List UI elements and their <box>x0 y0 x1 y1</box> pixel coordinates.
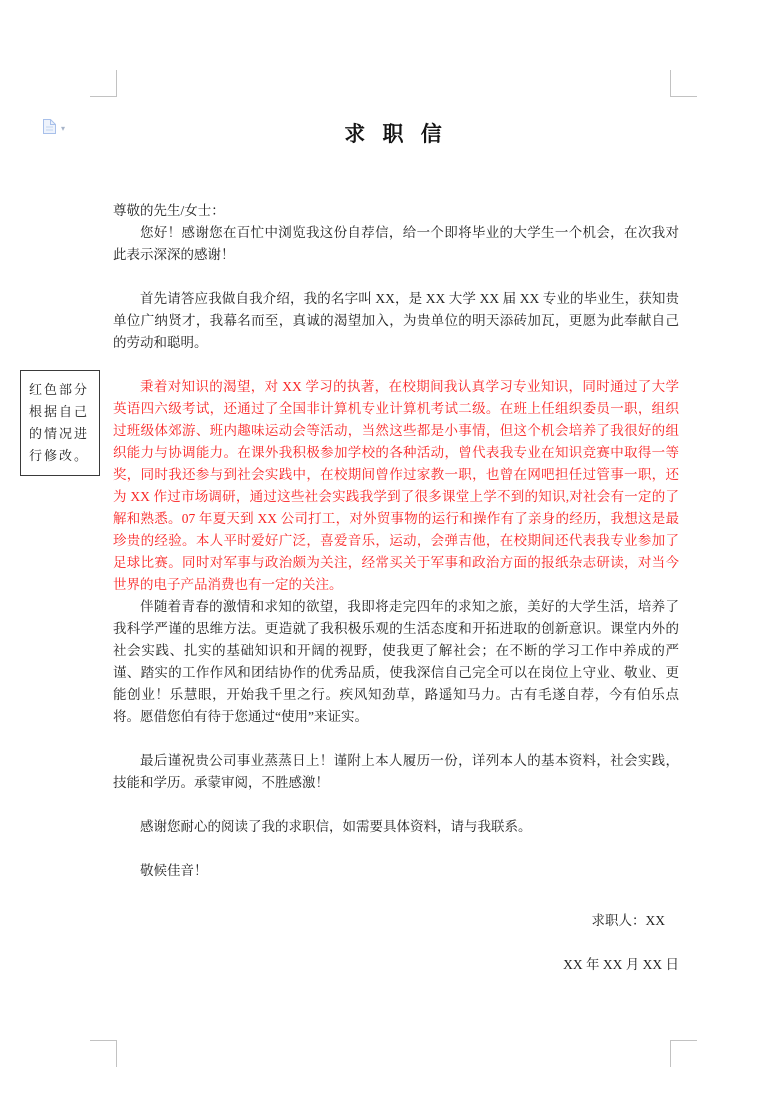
paragraph-red-editable: 秉着对知识的渴望，对 XX 学习的执著，在校期间我认真学习专业知识，同时通过了大… <box>113 376 679 596</box>
letter-body: 求 职 信 尊敬的先生/女士： 您好！感谢您在百忙中浏览我这份自荐信，给一个即将… <box>113 108 679 976</box>
paste-options-button[interactable]: ▾ <box>42 118 65 140</box>
crop-mark-top-left <box>90 70 117 97</box>
paragraph-wishes: 最后谨祝贵公司事业蒸蒸日上！谨附上本人履历一份，详列本人的基本资料，社会实践，技… <box>113 750 679 794</box>
paragraph-intro: 首先请答应我做自我介绍，我的名字叫 XX，是 XX 大学 XX 届 XX 专业的… <box>113 288 679 354</box>
paragraph-campus-life: 伴随着青春的激情和求知的欲望，我即将走完四年的求知之旅，美好的大学生活，培养了我… <box>113 596 679 728</box>
crop-mark-bottom-right <box>670 1040 697 1067</box>
paste-options-icon <box>42 118 57 140</box>
document-page: ▾ 红色部分根据自己的情况进行修改。 求 职 信 尊敬的先生/女士： 您好！感谢… <box>0 0 780 1114</box>
letter-title: 求 职 信 <box>113 118 679 148</box>
paragraph-contact: 感谢您耐心的阅读了我的求职信，如需要具体资料，请与我联系。 <box>113 816 679 838</box>
crop-mark-bottom-left <box>90 1040 117 1067</box>
annotation-textbox[interactable]: 红色部分根据自己的情况进行修改。 <box>20 370 100 476</box>
salutation: 尊敬的先生/女士： <box>113 200 679 222</box>
closing-line: 敬候佳音！ <box>113 860 679 882</box>
crop-mark-top-right <box>670 70 697 97</box>
date-line: XX 年 XX 月 XX 日 <box>113 954 679 976</box>
paragraph-thanks: 您好！感谢您在百忙中浏览我这份自荐信，给一个即将毕业的大学生一个机会，在次我对此… <box>113 222 679 266</box>
signature-line: 求职人：XX <box>113 910 679 932</box>
chevron-down-icon: ▾ <box>61 125 65 133</box>
